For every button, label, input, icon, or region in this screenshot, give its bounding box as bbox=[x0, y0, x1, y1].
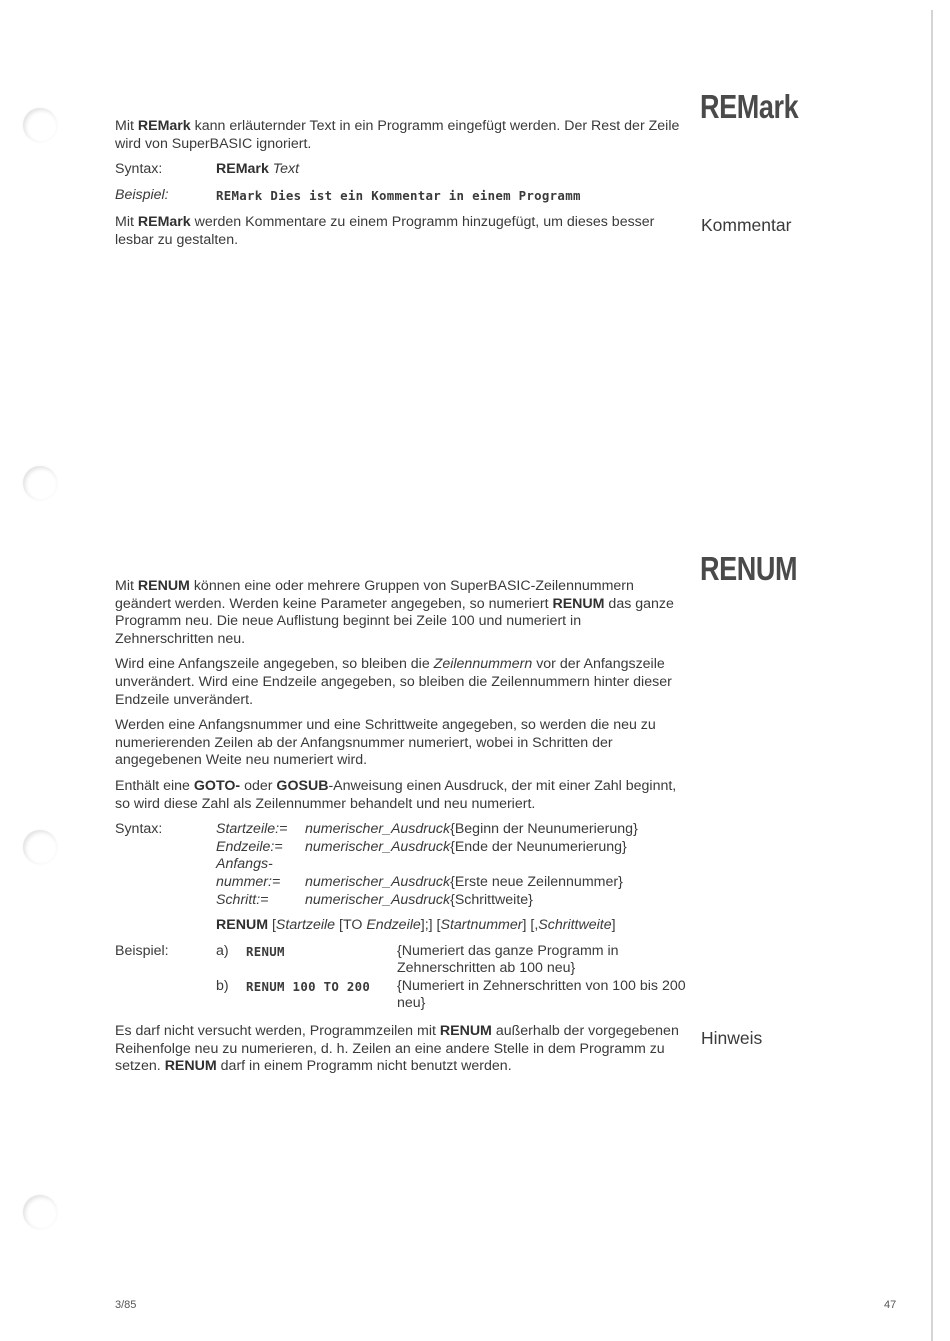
renum-margin-note: Hinweis bbox=[701, 1030, 762, 1048]
example-list: a)RENUM{Numeriert das ganze Programm in … bbox=[216, 943, 687, 1013]
keyword: RENUM bbox=[216, 917, 268, 933]
definition-term: Endzeile:= bbox=[216, 839, 305, 857]
keyword: REMark bbox=[138, 214, 191, 230]
definition-value: numerischer_Ausdruck{Schrittweite} bbox=[305, 892, 638, 910]
keyword: GOTO- bbox=[194, 778, 240, 794]
renum-section: Mit RENUM können eine oder mehrere Grupp… bbox=[115, 578, 683, 1076]
renum-syntax: Syntax: Startzeile:=numerischer_Ausdruck… bbox=[115, 821, 683, 935]
example-label: Beispiel: bbox=[115, 943, 216, 1013]
keyword: GOSUB bbox=[276, 778, 328, 794]
definition-term: nummer:= bbox=[216, 874, 305, 892]
definition-term: Anfangs- bbox=[216, 856, 305, 874]
definition-value: numerischer_Ausdruck{Ende der Neunumerie… bbox=[305, 839, 638, 857]
definition-term: Startzeile:= bbox=[216, 821, 305, 839]
remark-margin-note: Kommentar bbox=[701, 217, 791, 235]
renum-note: Es darf nicht versucht werden, Programmz… bbox=[115, 1023, 683, 1076]
remark-syntax: Syntax: REMark Text bbox=[115, 161, 683, 179]
punch-hole-4 bbox=[23, 1195, 57, 1229]
example-code: RENUM 100 TO 200 bbox=[246, 978, 397, 1013]
example-code: RENUM bbox=[246, 943, 397, 978]
renum-paragraph-3: Werden eine Anfangsnummer und eine Schri… bbox=[115, 717, 683, 770]
syntax-line: RENUM [Startzeile [TO Endzeile];] [Start… bbox=[216, 917, 638, 935]
definition-value: numerischer_Ausdruck{Beginn der Neunumer… bbox=[305, 821, 638, 839]
syntax-arg: Text bbox=[273, 161, 299, 177]
definition-value: numerischer_Ausdruck{Erste neue Zeilennu… bbox=[305, 874, 638, 892]
renum-paragraph-1: Mit RENUM können eine oder mehrere Grupp… bbox=[115, 578, 683, 648]
punch-hole-3 bbox=[23, 830, 57, 864]
example-label: Beispiel: bbox=[115, 187, 216, 205]
keyword: RENUM bbox=[165, 1058, 217, 1074]
renum-paragraph-2: Wird eine Anfangszeile angegeben, so ble… bbox=[115, 656, 683, 709]
example-description: {Numeriert das ganze Programm in Zehners… bbox=[397, 943, 687, 978]
punch-hole-1 bbox=[23, 108, 57, 142]
remark-comment: Mit REMark werden Kommentare zu einem Pr… bbox=[115, 214, 683, 249]
keyword: REMark bbox=[138, 118, 191, 134]
renum-paragraph-4: Enthält eine GOTO- oder GOSUB-Anweisung … bbox=[115, 778, 683, 813]
page-number: 47 bbox=[884, 1297, 896, 1315]
page-edge-line bbox=[931, 10, 933, 1341]
keyword: RENUM bbox=[552, 596, 604, 612]
syntax-label: Syntax: bbox=[115, 821, 216, 935]
definition-value bbox=[305, 856, 638, 874]
remark-example: Beispiel: REMark Dies ist ein Kommentar … bbox=[115, 187, 683, 205]
renum-heading: RENUM bbox=[700, 560, 797, 578]
remark-heading: REMark bbox=[700, 98, 798, 116]
example-tag: b) bbox=[216, 978, 246, 1013]
keyword: REMark bbox=[216, 161, 269, 177]
renum-examples: Beispiel: a)RENUM{Numeriert das ganze Pr… bbox=[115, 943, 683, 1013]
remark-section: Mit REMark kann erläuternder Text in ein… bbox=[115, 118, 683, 250]
syntax-label: Syntax: bbox=[115, 161, 216, 179]
footer-date: 3/85 bbox=[115, 1297, 136, 1315]
remark-intro: Mit REMark kann erläuternder Text in ein… bbox=[115, 118, 683, 153]
keyword: RENUM bbox=[138, 578, 190, 594]
keyword: RENUM bbox=[440, 1023, 492, 1039]
example-description: {Numeriert in Zehnerschritten von 100 bi… bbox=[397, 978, 687, 1013]
definition-term: Schritt:= bbox=[216, 892, 305, 910]
syntax-definitions: Startzeile:=numerischer_Ausdruck{Beginn … bbox=[216, 821, 638, 909]
punch-hole-2 bbox=[23, 466, 57, 500]
example-code: REMark Dies ist ein Kommentar in einem P… bbox=[216, 187, 581, 205]
example-tag: a) bbox=[216, 943, 246, 978]
